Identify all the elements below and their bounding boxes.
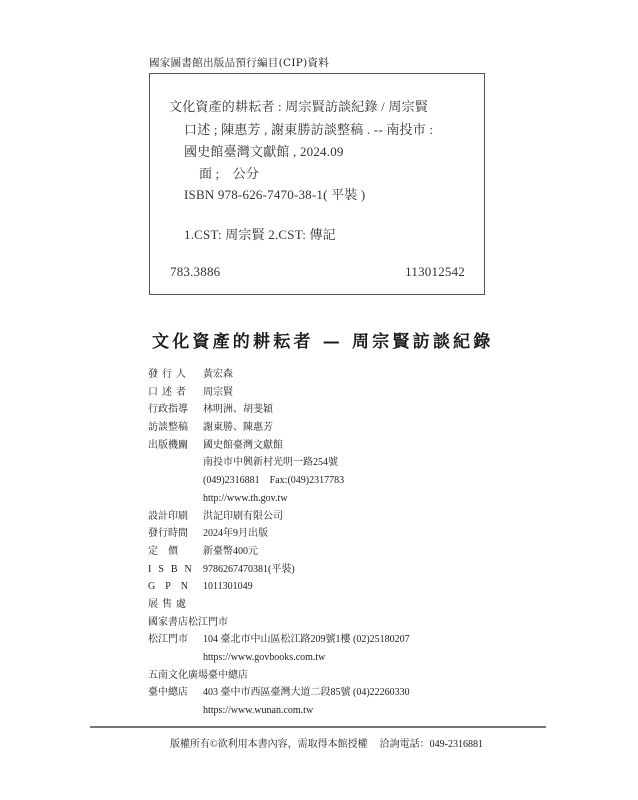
- isbn-label: ISBN: [148, 561, 200, 579]
- org-phone: (049)2316881 Fax:(049)2317783: [203, 472, 344, 490]
- store2-label: 臺中總店: [148, 684, 200, 702]
- org-label: 出版機關: [148, 437, 200, 455]
- org-address: 南投市中興新村光明一路254號: [203, 454, 338, 472]
- cip-classification: 783.3886: [170, 264, 220, 280]
- cip-pages-line: 面 ; 公分: [199, 163, 259, 182]
- footer: 版權所有©欲利用本書內容，需取得本館授權洽詢電話：049-2316881: [170, 735, 483, 750]
- cip-record-box: 文化資產的耕耘者 : 周宗賢訪談紀錄 / 周宗賢 口述 ; 陳惠芳 , 謝東勝訪…: [149, 73, 485, 295]
- store1-url[interactable]: https://www.govbooks.com.tw: [203, 649, 325, 667]
- colophon-row-org: 出版機關 國史館臺灣文獻館: [148, 437, 508, 455]
- copyright-notice: 版權所有©欲利用本書內容，需取得本館授權: [170, 739, 368, 750]
- colophon-row-editors: 訪談整稿 謝東勝、陳惠芳: [148, 419, 508, 437]
- colophon-row-isbn: ISBN 9786267470381(平裝): [148, 561, 508, 579]
- cip-author-line: 口述 ; 陳惠芳 , 謝東勝訪談整稿 . -- 南投市 :: [184, 119, 433, 138]
- admin-value: 林明洲、胡斐穎: [203, 401, 273, 419]
- cip-record-number: 113012542: [405, 264, 465, 280]
- date-label: 發行時間: [148, 525, 200, 543]
- org-url[interactable]: http://www.th.gov.tw: [203, 490, 288, 508]
- colophon-row-store1: 松江門市 104 臺北市中山區松江路209號1樓 (02)25180207: [148, 631, 508, 649]
- colophon-row-sales: 展售處: [148, 596, 508, 614]
- store2-url[interactable]: https://www.wunan.com.tw: [203, 702, 313, 720]
- org-name: 國史館臺灣文獻館: [203, 437, 283, 455]
- store1-name: 國家書店松江門市: [148, 614, 228, 632]
- printer-label: 設計印刷: [148, 508, 200, 526]
- cip-heading: 國家圖書館出版品預行編目(CIP)資料: [149, 55, 329, 70]
- colophon-row-admin: 行政指導 林明洲、胡斐穎: [148, 401, 508, 419]
- footer-divider: [90, 726, 546, 728]
- publisher-label: 發行人: [148, 366, 200, 384]
- colophon-row-store2-name: 五南文化廣場臺中總店: [148, 667, 508, 685]
- colophon-row-publisher: 發行人 黃宏森: [148, 366, 508, 384]
- publisher-value: 黃宏森: [203, 366, 233, 384]
- book-title: 文化資產的耕耘者 — 周宗賢訪談紀錄: [152, 327, 493, 352]
- printer-value: 洪記印刷有限公司: [203, 508, 283, 526]
- narrator-value: 周宗賢: [203, 384, 233, 402]
- admin-label: 行政指導: [148, 401, 200, 419]
- date-value: 2024年9月出版: [203, 525, 268, 543]
- editors-value: 謝東勝、陳惠芳: [203, 419, 273, 437]
- colophon-row-date: 發行時間 2024年9月出版: [148, 525, 508, 543]
- cip-title-line: 文化資產的耕耘者 : 周宗賢訪談紀錄 / 周宗賢: [169, 96, 428, 115]
- store1-address: 104 臺北市中山區松江路209號1樓 (02)25180207: [203, 631, 410, 649]
- cip-publisher-line: 國史館臺灣文獻館 , 2024.09: [184, 141, 344, 160]
- colophon-row-org-url: http://www.th.gov.tw: [148, 490, 508, 508]
- colophon-row-store1-url: https://www.govbooks.com.tw: [148, 649, 508, 667]
- sales-label: 展售處: [148, 596, 200, 614]
- colophon-row-narrator: 口述者 周宗賢: [148, 384, 508, 402]
- colophon-row-store2: 臺中總店 403 臺中市西區臺灣大道二段85號 (04)22260330: [148, 684, 508, 702]
- price-label: 定 價: [148, 543, 200, 561]
- store1-label: 松江門市: [148, 631, 200, 649]
- colophon-row-store2-url: https://www.wunan.com.tw: [148, 702, 508, 720]
- gpn-label: GPN: [148, 578, 200, 596]
- contact-phone: 洽詢電話：049-2316881: [380, 739, 483, 750]
- colophon-row-gpn: GPN 1011301049: [148, 578, 508, 596]
- colophon-row-price: 定 價 新臺幣400元: [148, 543, 508, 561]
- narrator-label: 口述者: [148, 384, 200, 402]
- colophon-row-store1-name: 國家書店松江門市: [148, 614, 508, 632]
- editors-label: 訪談整稿: [148, 419, 200, 437]
- colophon: 發行人 黃宏森 口述者 周宗賢 行政指導 林明洲、胡斐穎 訪談整稿 謝東勝、陳惠…: [148, 366, 508, 720]
- cip-subjects-line: 1.CST: 周宗賢 2.CST: 傳記: [184, 224, 336, 243]
- isbn-value: 9786267470381(平裝): [203, 561, 295, 579]
- store2-name: 五南文化廣場臺中總店: [148, 667, 248, 685]
- colophon-row-org-phone: (049)2316881 Fax:(049)2317783: [148, 472, 508, 490]
- price-value: 新臺幣400元: [203, 543, 258, 561]
- colophon-row-org-address: 南投市中興新村光明一路254號: [148, 454, 508, 472]
- store2-address: 403 臺中市西區臺灣大道二段85號 (04)22260330: [203, 684, 410, 702]
- colophon-row-printer: 設計印刷 洪記印刷有限公司: [148, 508, 508, 526]
- gpn-value: 1011301049: [203, 578, 253, 596]
- cip-isbn-line: ISBN 978-626-7470-38-1( 平裝 ): [184, 184, 365, 203]
